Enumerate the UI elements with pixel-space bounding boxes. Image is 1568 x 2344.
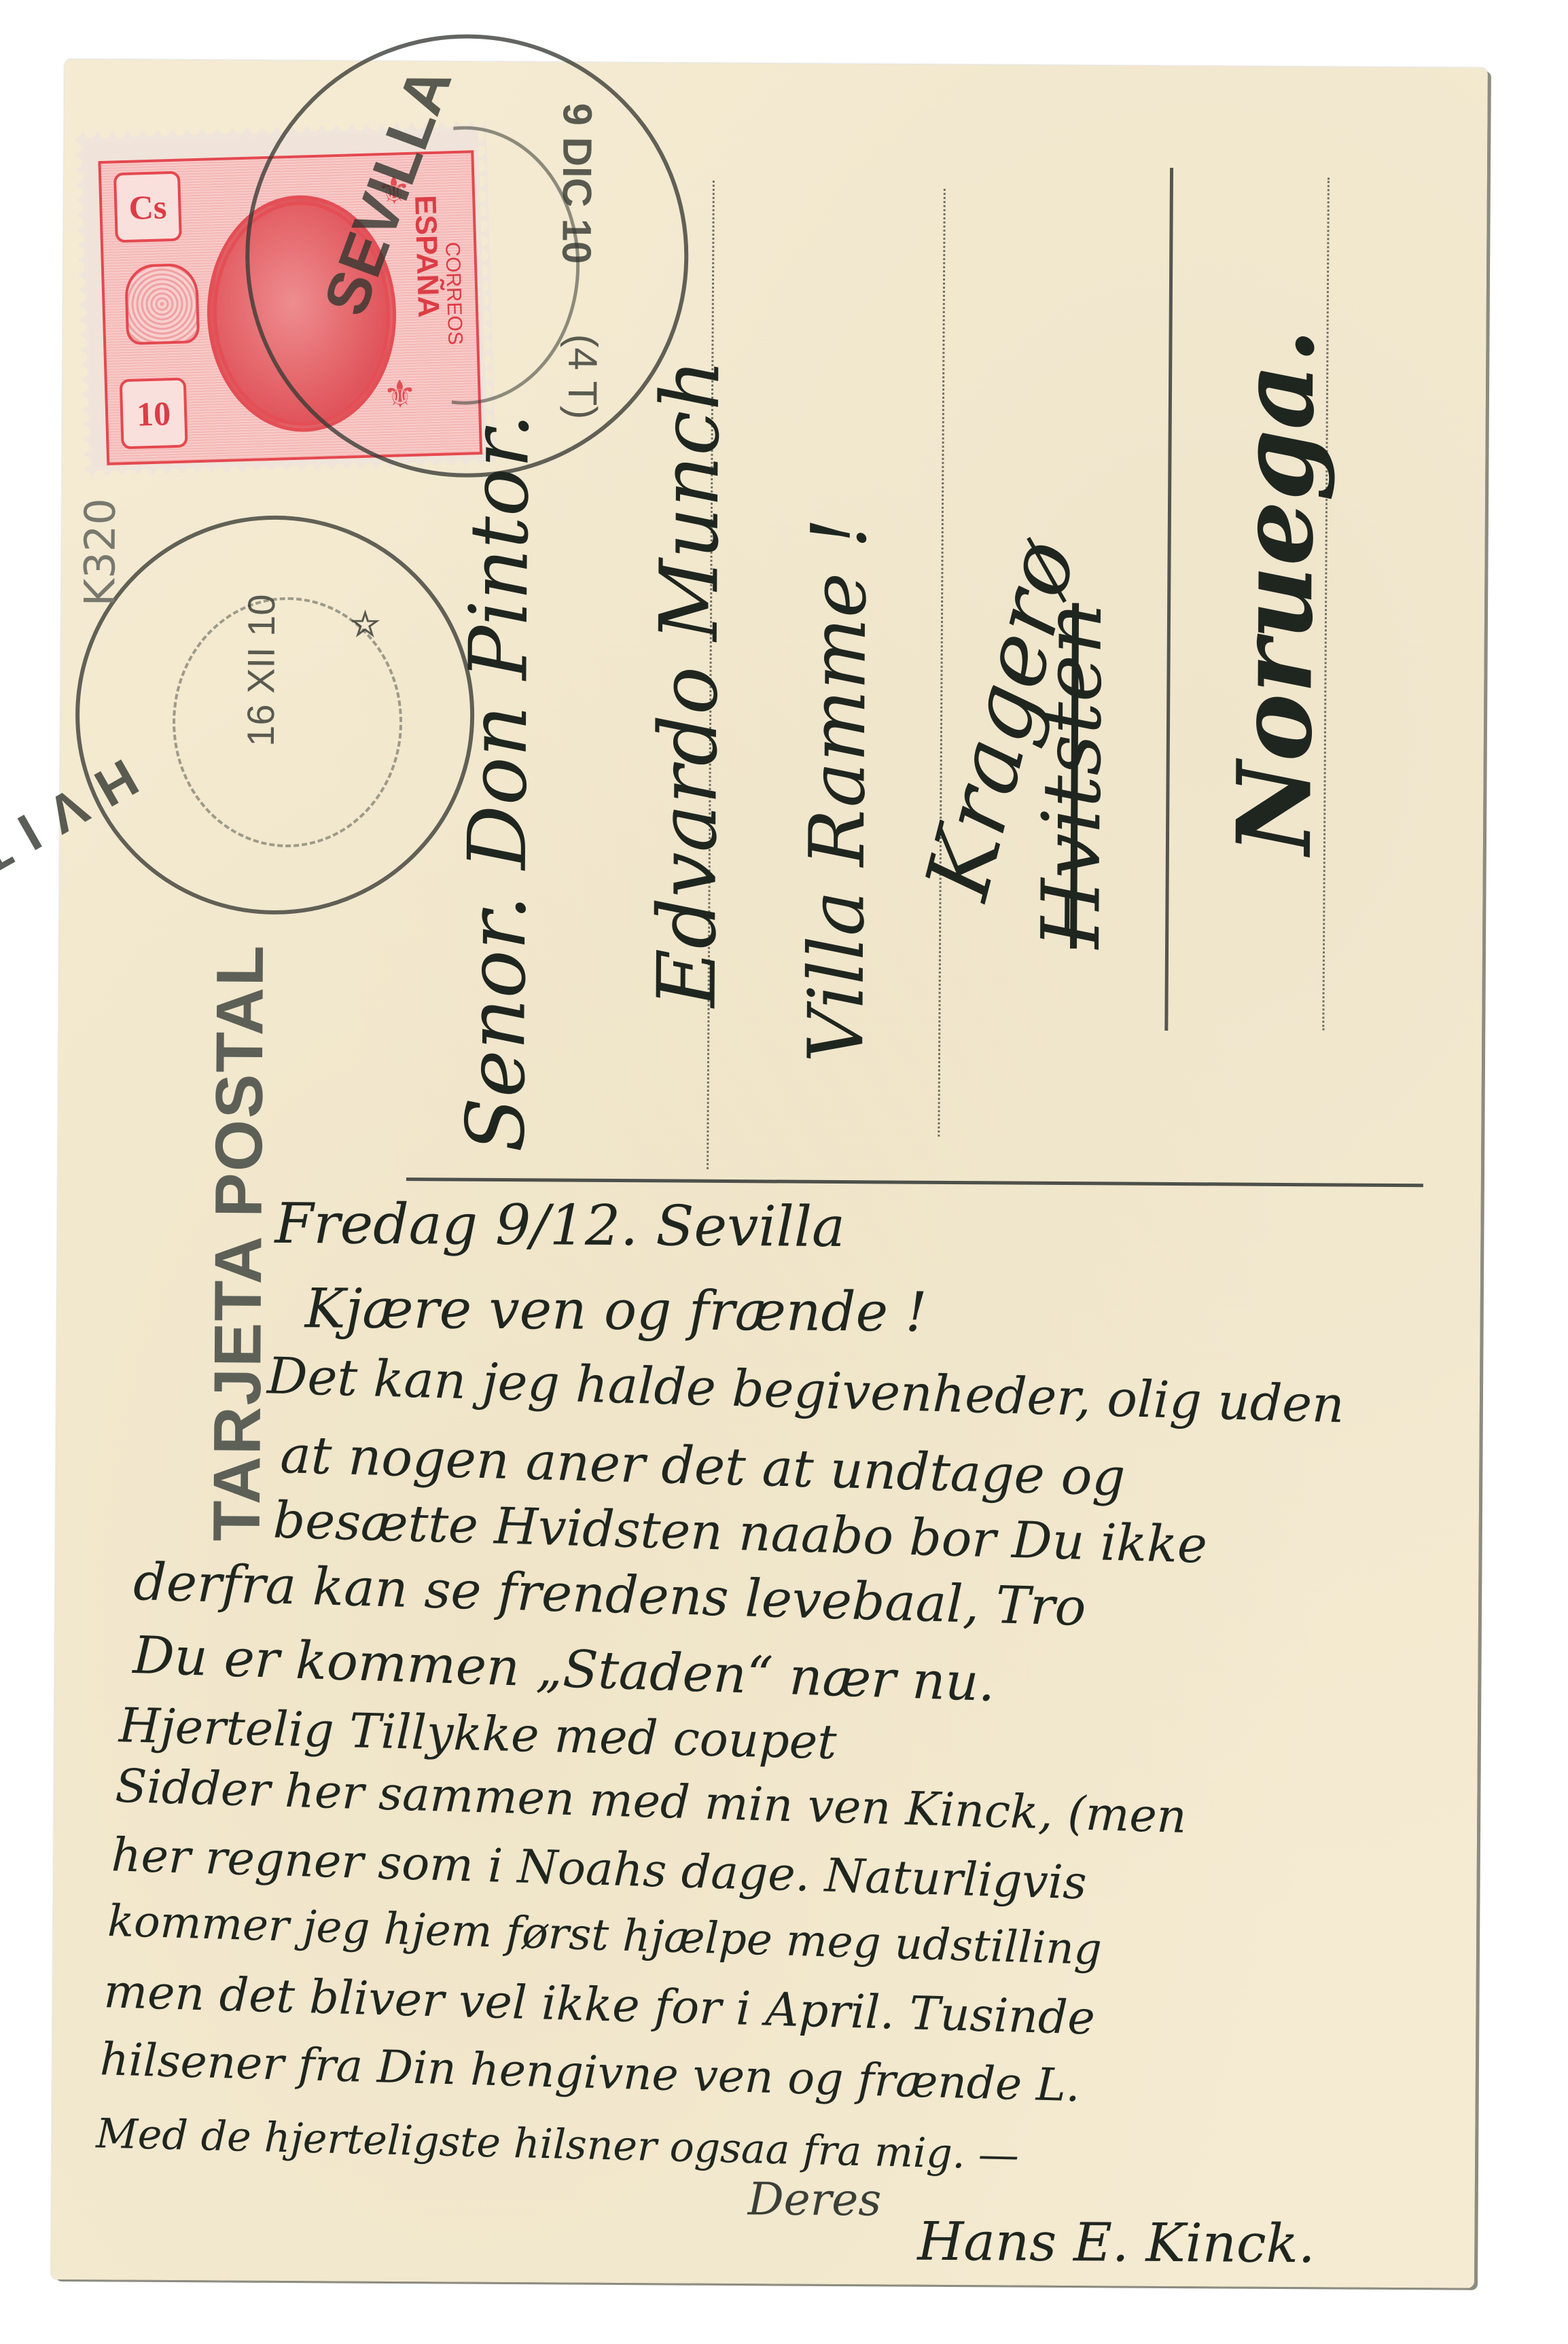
- message-line: Du er kommen „Staden“ nær nu.: [132, 1624, 996, 1713]
- crown-icon: [124, 263, 200, 345]
- message-line: Kjære ven og frænde !: [304, 1277, 927, 1344]
- sevilla-postmark-date: 9 DIC 10: [553, 103, 601, 264]
- archive-mark: K320: [75, 498, 125, 606]
- message-line: kommer jeg hjem først hjælpe meg udstill…: [107, 1896, 1102, 1975]
- sevilla-postmark-code: (4 T): [559, 334, 607, 419]
- address-line: Senor. Don Pintor.: [448, 413, 547, 1153]
- message-line: Hjertelig Tillykke med coupet: [118, 1697, 837, 1770]
- printed-header: TARJETA POSTAL: [198, 944, 279, 1542]
- stamp-value: 10: [120, 378, 188, 450]
- postcard: Cs 10 ⚜ ⚜ ESPAÑA CORREOS SEVILLA 9 DIC 1…: [51, 59, 1488, 2288]
- message-line: Det kan jeg halde begivenheder, olig ude…: [266, 1347, 1345, 1434]
- message-line: hilsener fra Din hengivne ven og frænde …: [99, 2033, 1081, 2112]
- message-line: Sidder her sammen med min ven Kinck, (me…: [115, 1760, 1188, 1844]
- message-closing: Deres: [748, 2173, 882, 2226]
- message-line: Med de hjerteligste hilsner ogsaa fra mi…: [96, 2110, 1020, 2179]
- address-line: Villa Ramme !: [792, 518, 884, 1063]
- address-country: Noruega.: [1215, 327, 1338, 855]
- stamp-unit: Cs: [113, 171, 182, 243]
- message-divider: [406, 1177, 1423, 1187]
- hvitsten-postmark-place: HVITSTEN: [0, 747, 148, 1006]
- hvitsten-postmark-date: 16 XII 10: [238, 594, 283, 747]
- address-line: Edvardo Munch: [639, 359, 737, 1008]
- message-signature: Hans E. Kinck.: [917, 2212, 1315, 2275]
- address-line-struck: Hvitsten: [1024, 603, 1120, 948]
- message-line: Fredag 9/12. Sevilla: [274, 1192, 845, 1260]
- star-icon: ☆: [350, 605, 380, 644]
- message-line: men det bliver vel ikke for i April. Tus…: [103, 1965, 1096, 2045]
- address-divider: [1164, 168, 1173, 1031]
- address-line-2: [938, 189, 946, 1137]
- message-line: her regner som i Noahs dage. Naturligvis: [111, 1828, 1088, 1910]
